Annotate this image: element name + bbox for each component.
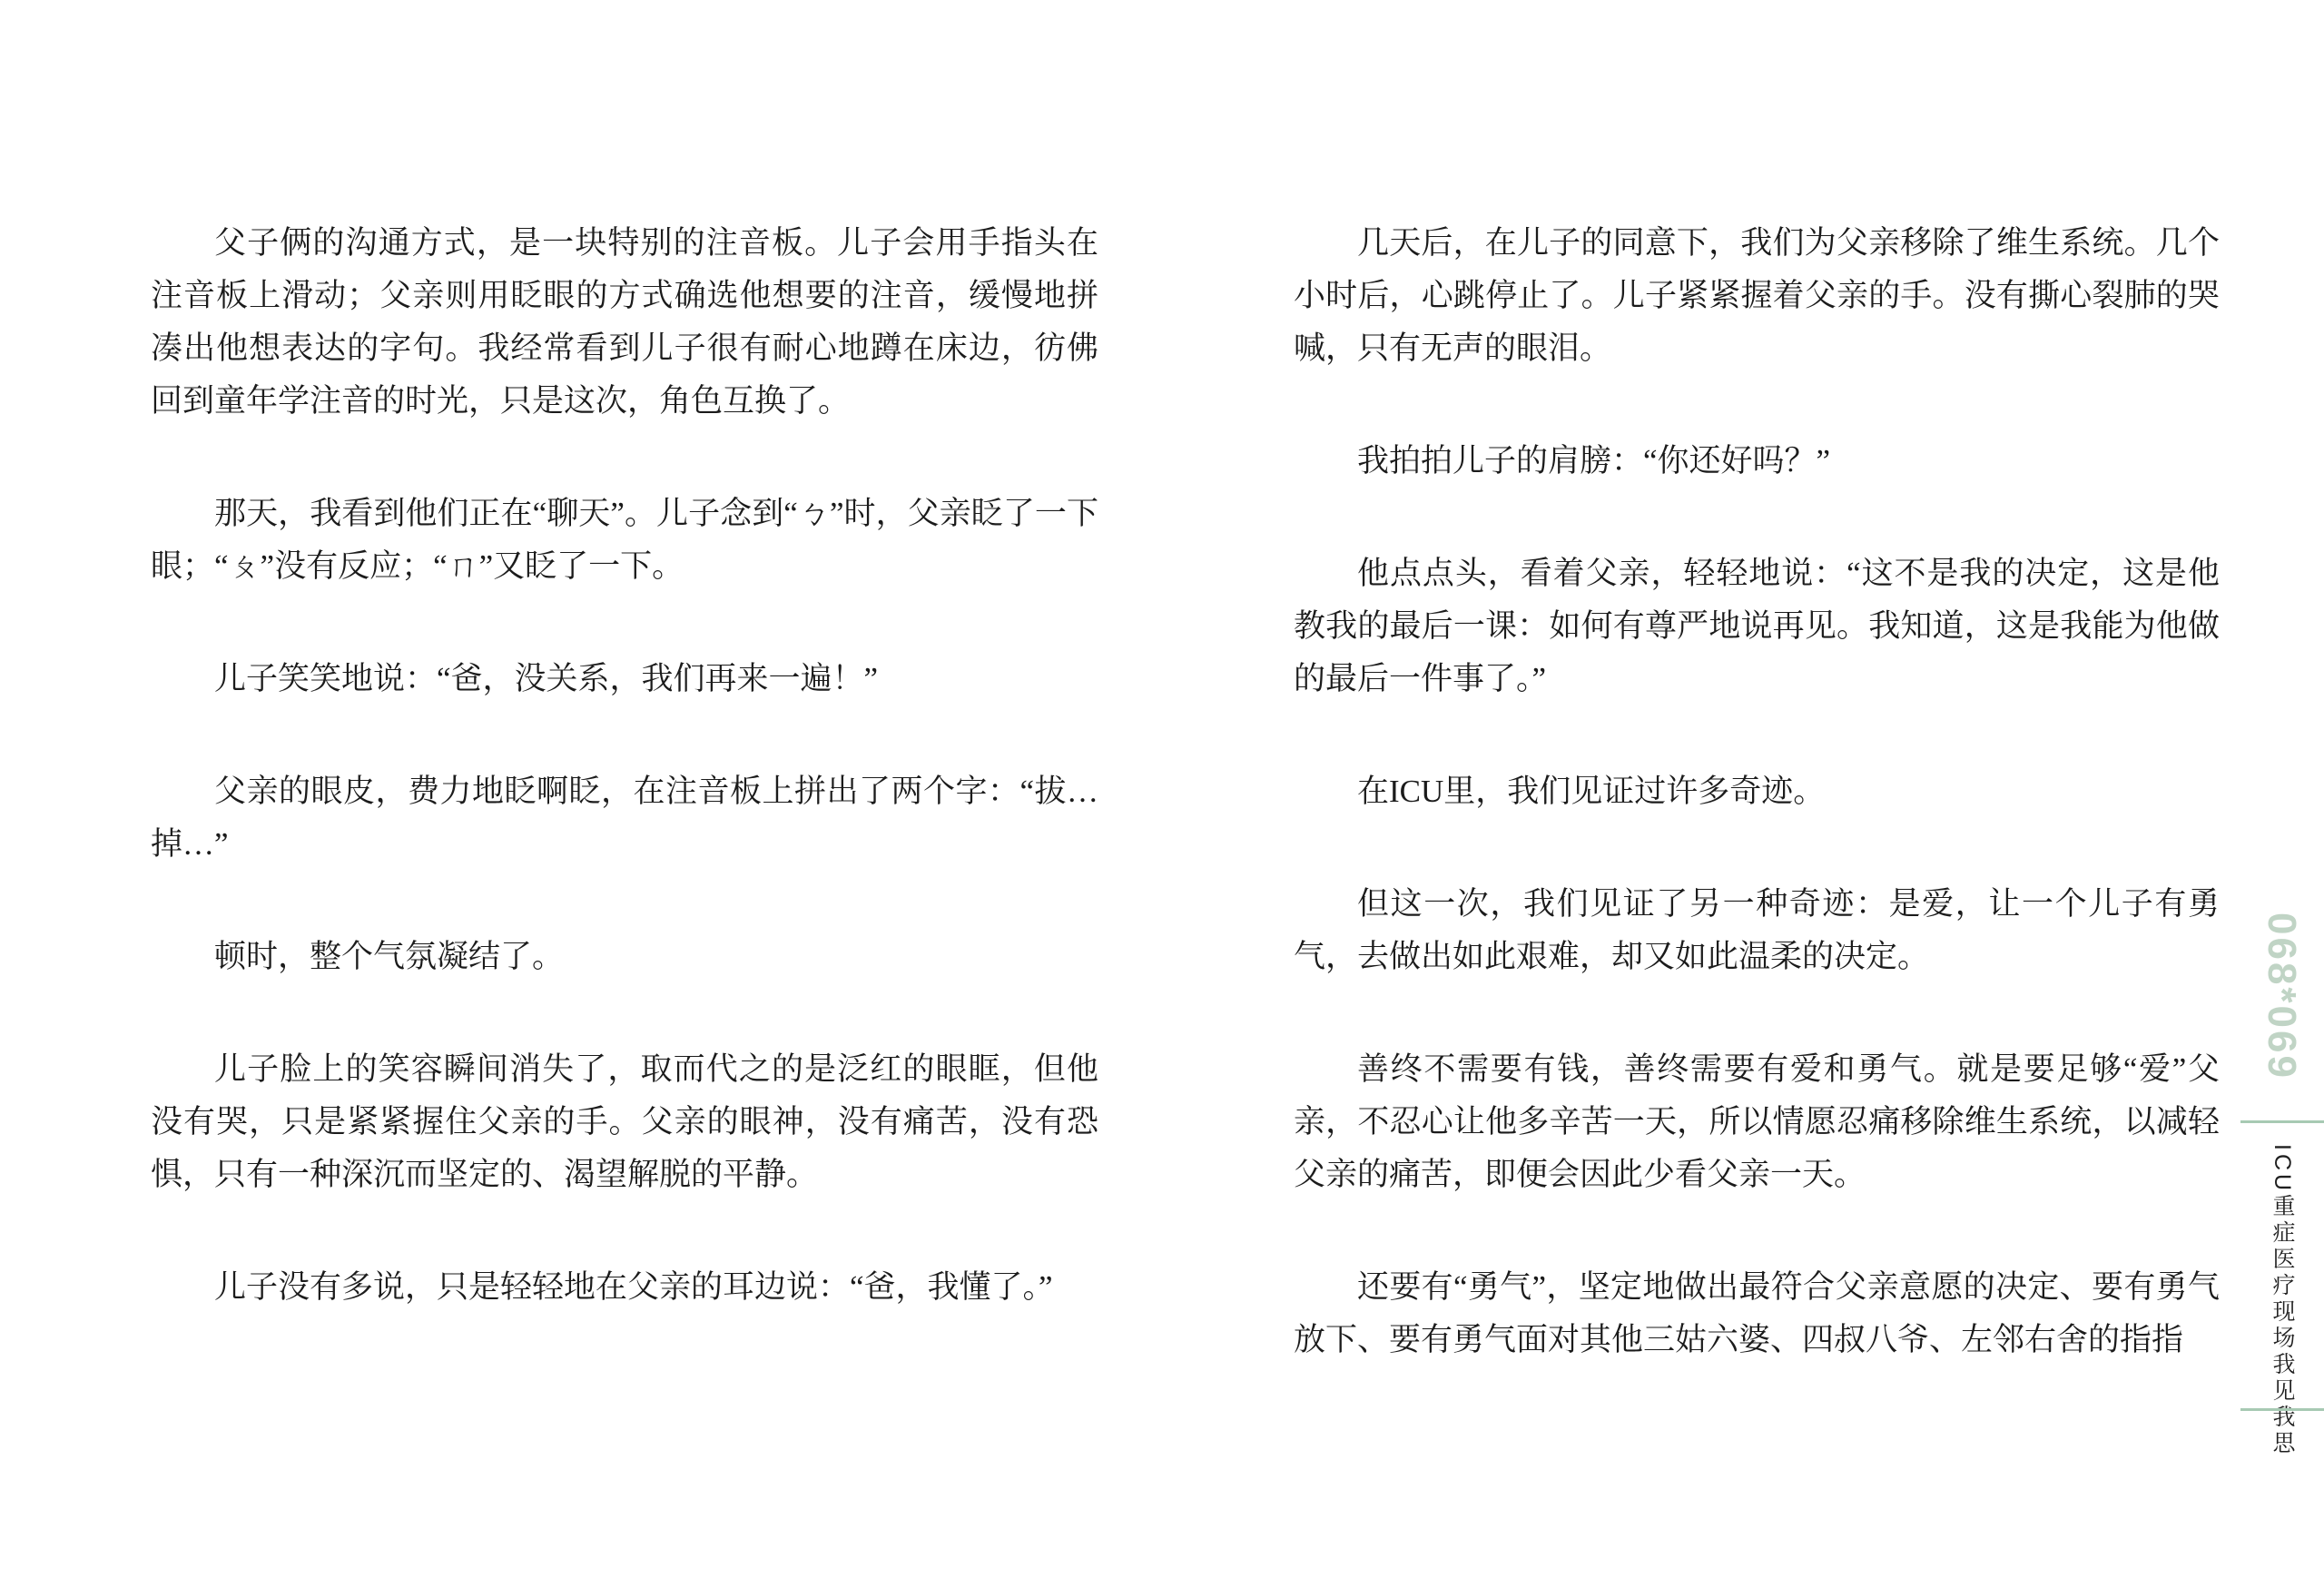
page-number: 068*069	[2259, 912, 2304, 1080]
paragraph: 儿子脸上的笑容瞬间消失了，取而代之的是泛红的眼眶，但他没有哭，只是紧紧握住父亲的…	[151, 1043, 1098, 1201]
paragraph: 善终不需要有钱，善终需要有爱和勇气。就是要足够“爱”父亲，不忍心让他多辛苦一天，…	[1294, 1043, 2220, 1201]
paragraph: 儿子笑笑地说：“爸，没关系，我们再来一遍！”	[151, 653, 1098, 705]
paragraph: 顿时，整个气氛凝结了。	[151, 931, 1098, 983]
paragraph: 那天，我看到他们正在“聊天”。儿子念到“ㄅ”时，父亲眨了一下眼；“ㄆ”没有反应；…	[151, 488, 1098, 593]
paragraph: 他点点头，看着父亲，轻轻地说：“这不是我的决定，这是他教我的最后一课：如何有尊严…	[1294, 547, 2220, 705]
paragraph: 儿子没有多说，只是轻轻地在父亲的耳边说：“爸，我懂了。”	[151, 1261, 1098, 1314]
left-page-text: 父子俩的沟通方式，是一块特别的注音板。儿子会用手指头在注音板上滑动；父亲则用眨眼…	[151, 217, 1098, 1314]
paragraph: 父亲的眼皮，费力地眨啊眨，在注音板上拼出了两个字：“拔…掉…”	[151, 765, 1098, 871]
paragraph: 我拍拍儿子的肩膀：“你还好吗？”	[1294, 435, 2220, 488]
paragraph: 父子俩的沟通方式，是一块特别的注音板。儿子会用手指头在注音板上滑动；父亲则用眨眼…	[151, 217, 1098, 428]
paragraph: 几天后，在儿子的同意下，我们为父亲移除了维生系统。几个小时后，心跳停止了。儿子紧…	[1294, 217, 2220, 375]
sidebar-rule-top	[2240, 1120, 2324, 1123]
book-spread: 父子俩的沟通方式，是一块特别的注音板。儿子会用手指头在注音板上滑动；父亲则用眨眼…	[0, 0, 2324, 1588]
paragraph: 还要有“勇气”，坚定地做出最符合父亲意愿的决定、要有勇气放下、要有勇气面对其他三…	[1294, 1261, 2220, 1366]
paragraph: 但这一次，我们见证了另一种奇迹：是爱，让一个儿子有勇气，去做出如此艰难，却又如此…	[1294, 878, 2220, 983]
sidebar-rule-bottom	[2240, 1408, 2324, 1411]
paragraph: 在ICU里，我们见证过许多奇迹。	[1294, 765, 2220, 818]
right-page-text: 几天后，在儿子的同意下，我们为父亲移除了维生系统。几个小时后，心跳停止了。儿子紧…	[1294, 217, 2220, 1366]
